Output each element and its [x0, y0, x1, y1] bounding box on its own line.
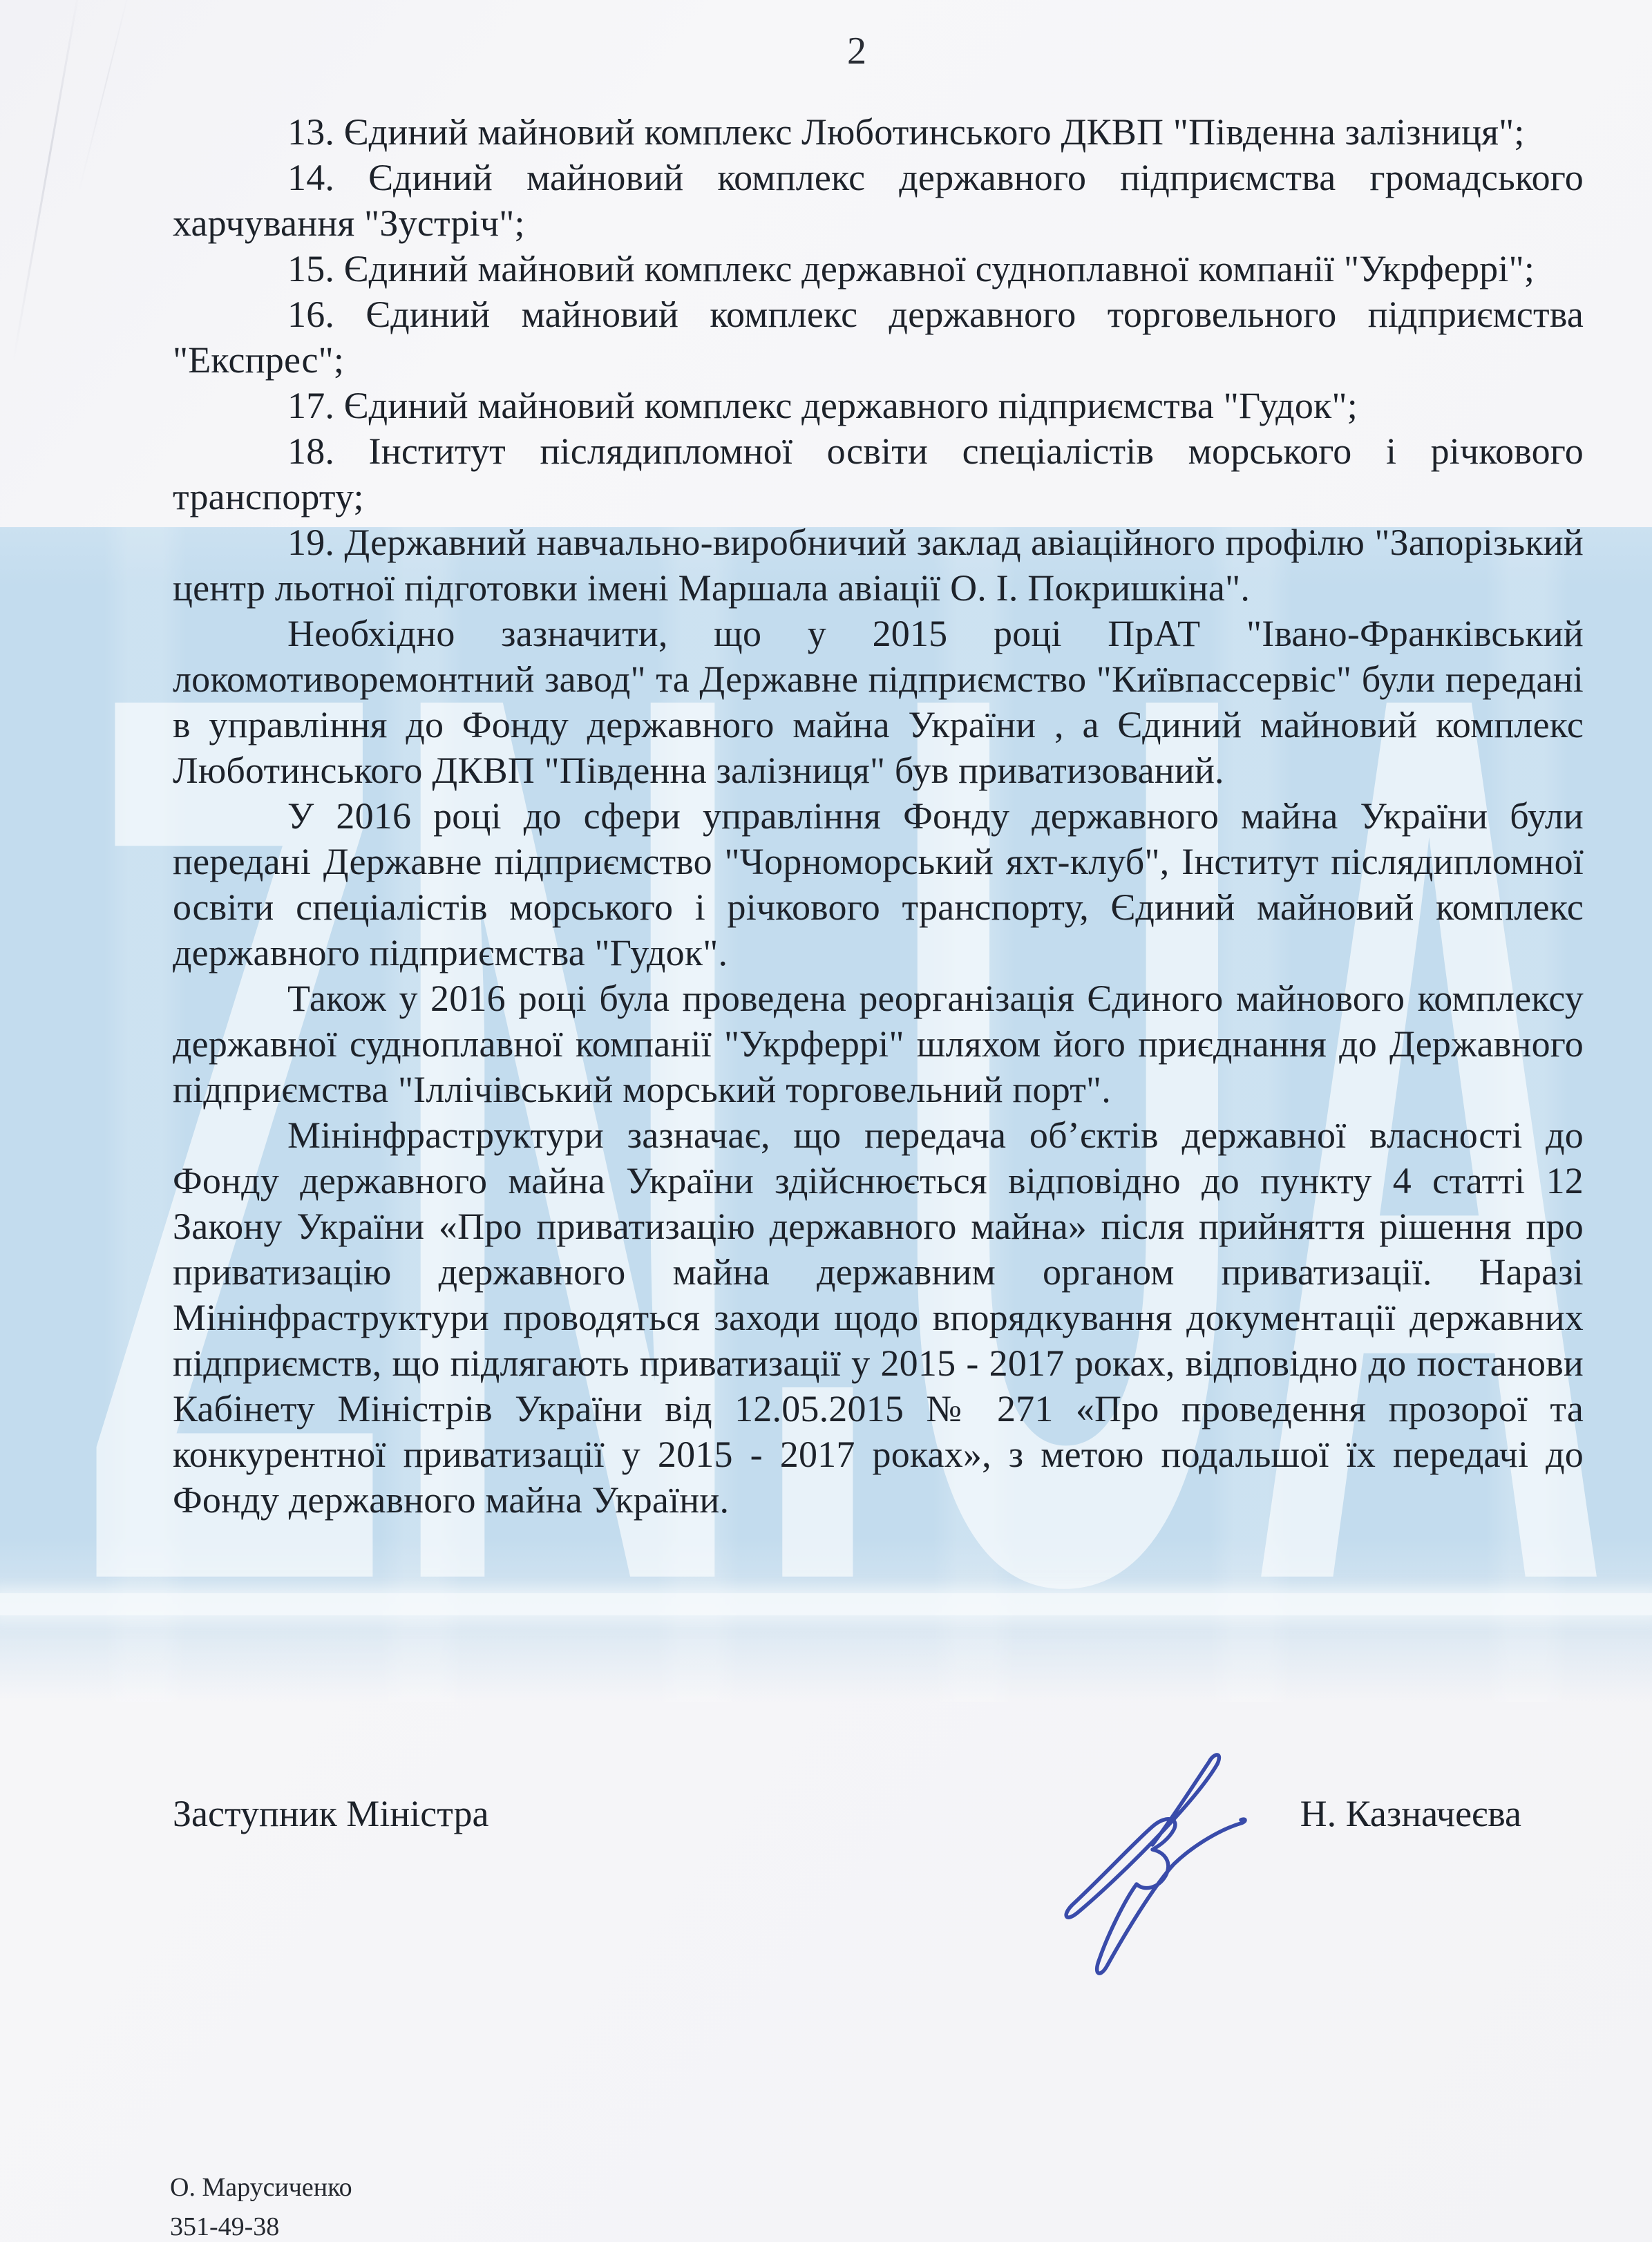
executor-block: О. Марусиченко 351-49-38 — [170, 2168, 352, 2242]
list-item-15: 15. Єдиний майновий комплекс державної с… — [173, 246, 1584, 292]
document-body: 13. Єдиний майновий комплекс Люботинсько… — [173, 109, 1584, 1523]
list-item-13: 13. Єдиний майновий комплекс Люботинсько… — [173, 109, 1584, 155]
paragraph-privatization-procedure: Мінінфраструктури зазначає, що передача … — [173, 1112, 1584, 1523]
executor-name: О. Марусиченко — [170, 2168, 352, 2207]
list-item-18: 18. Інститут післядипломної освіти спеці… — [173, 428, 1584, 520]
list-item-19: 19. Державний навчально-виробничий закла… — [173, 520, 1584, 611]
signature-row: Заступник Міністра Н. Казначеєва — [173, 1792, 1521, 1835]
paragraph-2016-reorganization: Також у 2016 році була проведена реорган… — [173, 976, 1584, 1112]
scanned-document-page: ZN.UA 2 13. Єдиний майновий комплекс Люб… — [0, 0, 1652, 2242]
page-number: 2 — [62, 29, 1651, 73]
scan-light-stripe — [0, 1593, 1652, 1615]
list-item-16: 16. Єдиний майновий комплекс державного … — [173, 292, 1584, 383]
handwritten-signature — [1049, 1741, 1257, 1988]
executor-phone: 351-49-38 — [170, 2207, 352, 2242]
list-item-17: 17. Єдиний майновий комплекс державного … — [173, 383, 1584, 428]
list-item-14: 14. Єдиний майновий комплекс державного … — [173, 155, 1584, 246]
paragraph-2016-transfers: У 2016 році до сфери управління Фонду де… — [173, 793, 1584, 976]
signatory-title: Заступник Міністра — [173, 1792, 488, 1835]
paragraph-2015-transfers: Необхідно зазначити, що у 2015 році ПрАТ… — [173, 611, 1584, 793]
signatory-name: Н. Казначеєва — [1300, 1792, 1521, 1835]
